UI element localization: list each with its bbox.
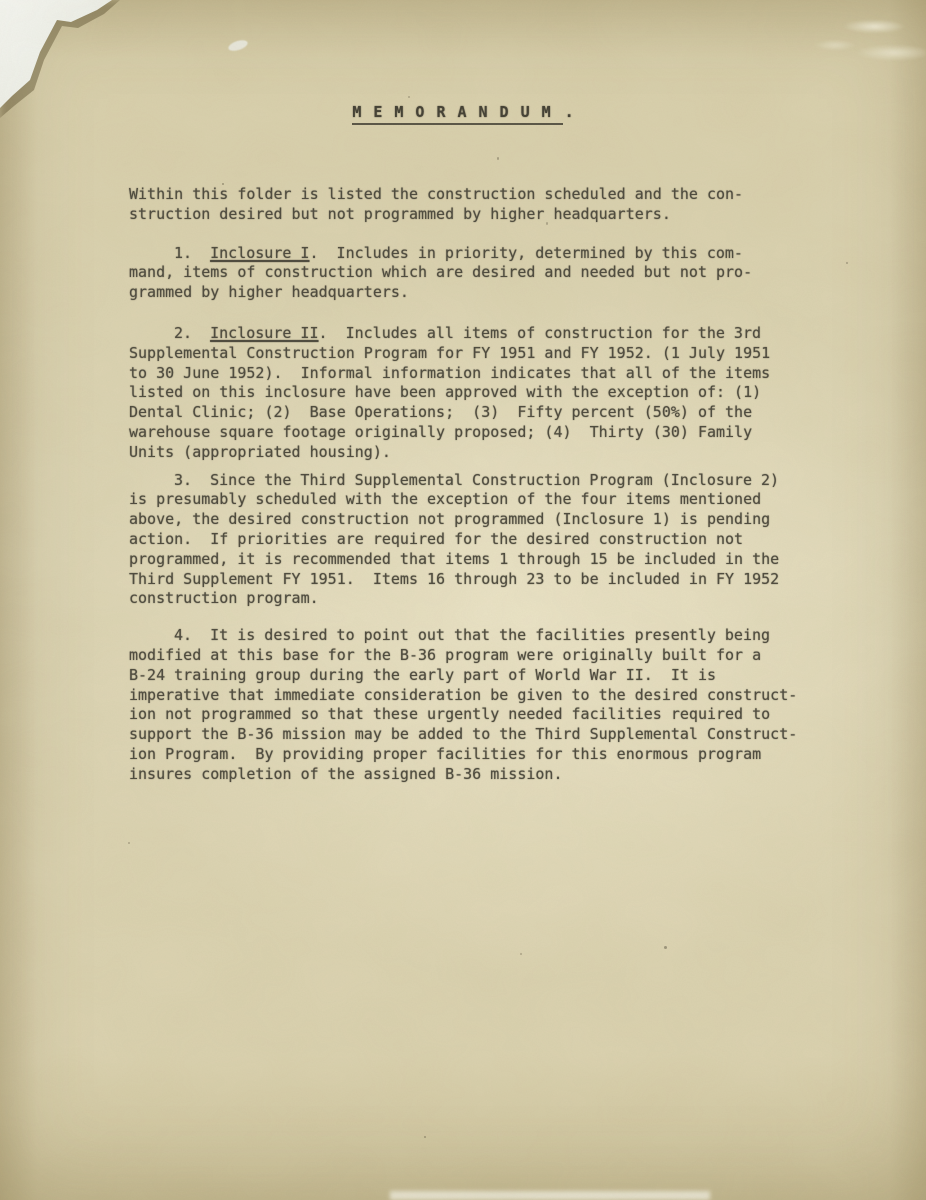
paragraph-number: 3. (174, 471, 210, 489)
text-line: struction desired but not programmed by … (129, 205, 849, 225)
text-line: action. If priorities are required for t… (129, 530, 849, 550)
text-segment: . Includes in priority, determined by th… (309, 244, 742, 262)
paragraph-number: 2. (174, 324, 210, 342)
intro-paragraph: Within this folder is listed the constru… (129, 185, 849, 225)
text-line: Third Supplement FY 1951. Items 16 throu… (129, 570, 849, 590)
text-segment: It is desired to point out that the faci… (210, 626, 770, 644)
text-line: construction program. (129, 589, 849, 609)
memo-title-period: . (565, 103, 574, 121)
text-line: imperative that immediate consideration … (129, 686, 849, 706)
text-line: programmed, it is recommended that items… (129, 550, 849, 570)
paragraph-1-inclosure-1: 1. Inclosure I. Includes in priority, de… (129, 244, 849, 303)
paragraph-4: 4. It is desired to point out that the f… (129, 626, 849, 784)
inclosure-heading: Inclosure II (210, 324, 318, 342)
text-line: modified at this base for the B-36 progr… (129, 646, 849, 666)
text-segment: Since the Third Supplemental Constructio… (210, 471, 779, 489)
text-line: above, the desired construction not prog… (129, 510, 849, 530)
inclosure-heading: Inclosure I (210, 244, 309, 262)
text-line: 1. Inclosure I. Includes in priority, de… (129, 244, 849, 264)
text-line: 2. Inclosure II. Includes all items of c… (129, 324, 849, 344)
paragraph-number: 4. (174, 626, 210, 644)
text-line: Within this folder is listed the constru… (129, 185, 849, 205)
memo-typed-text: MEMORANDUM. Within this folder is listed… (0, 0, 926, 1200)
text-line: Supplemental Construction Program for FY… (129, 344, 849, 364)
text-line: listed on this inclosure have been appro… (129, 383, 849, 403)
text-line: 3. Since the Third Supplemental Construc… (129, 471, 849, 491)
text-line: grammed by higher headquarters. (129, 283, 849, 303)
text-line: ion Program. By providing proper facilit… (129, 745, 849, 765)
text-line: insures completion of the assigned B-36 … (129, 765, 849, 785)
text-line: Dental Clinic; (2) Base Operations; (3) … (129, 403, 849, 423)
paragraph-2-inclosure-2: 2. Inclosure II. Includes all items of c… (129, 324, 849, 463)
memo-title: MEMORANDUM. (0, 103, 926, 121)
text-line: warehouse square footage originally prop… (129, 423, 849, 443)
memo-title-text: MEMORANDUM (352, 103, 562, 125)
text-line: support the B-36 mission may be added to… (129, 725, 849, 745)
text-line: is presumably scheduled with the excepti… (129, 490, 849, 510)
text-line: B-24 training group during the early par… (129, 666, 849, 686)
scanned-memo-page: MEMORANDUM. Within this folder is listed… (0, 0, 926, 1200)
paragraph-3: 3. Since the Third Supplemental Construc… (129, 471, 849, 610)
text-line: Units (appropriated housing). (129, 443, 849, 463)
text-segment: . Includes all items of construction for… (319, 324, 762, 342)
memo-body: Within this folder is listed the constru… (129, 185, 849, 785)
text-line: mand, items of construction which are de… (129, 263, 849, 283)
text-line: 4. It is desired to point out that the f… (129, 626, 849, 646)
text-line: ion not programmed so that these urgentl… (129, 705, 849, 725)
text-line: to 30 June 1952). Informal information i… (129, 364, 849, 384)
paragraph-number: 1. (174, 244, 210, 262)
